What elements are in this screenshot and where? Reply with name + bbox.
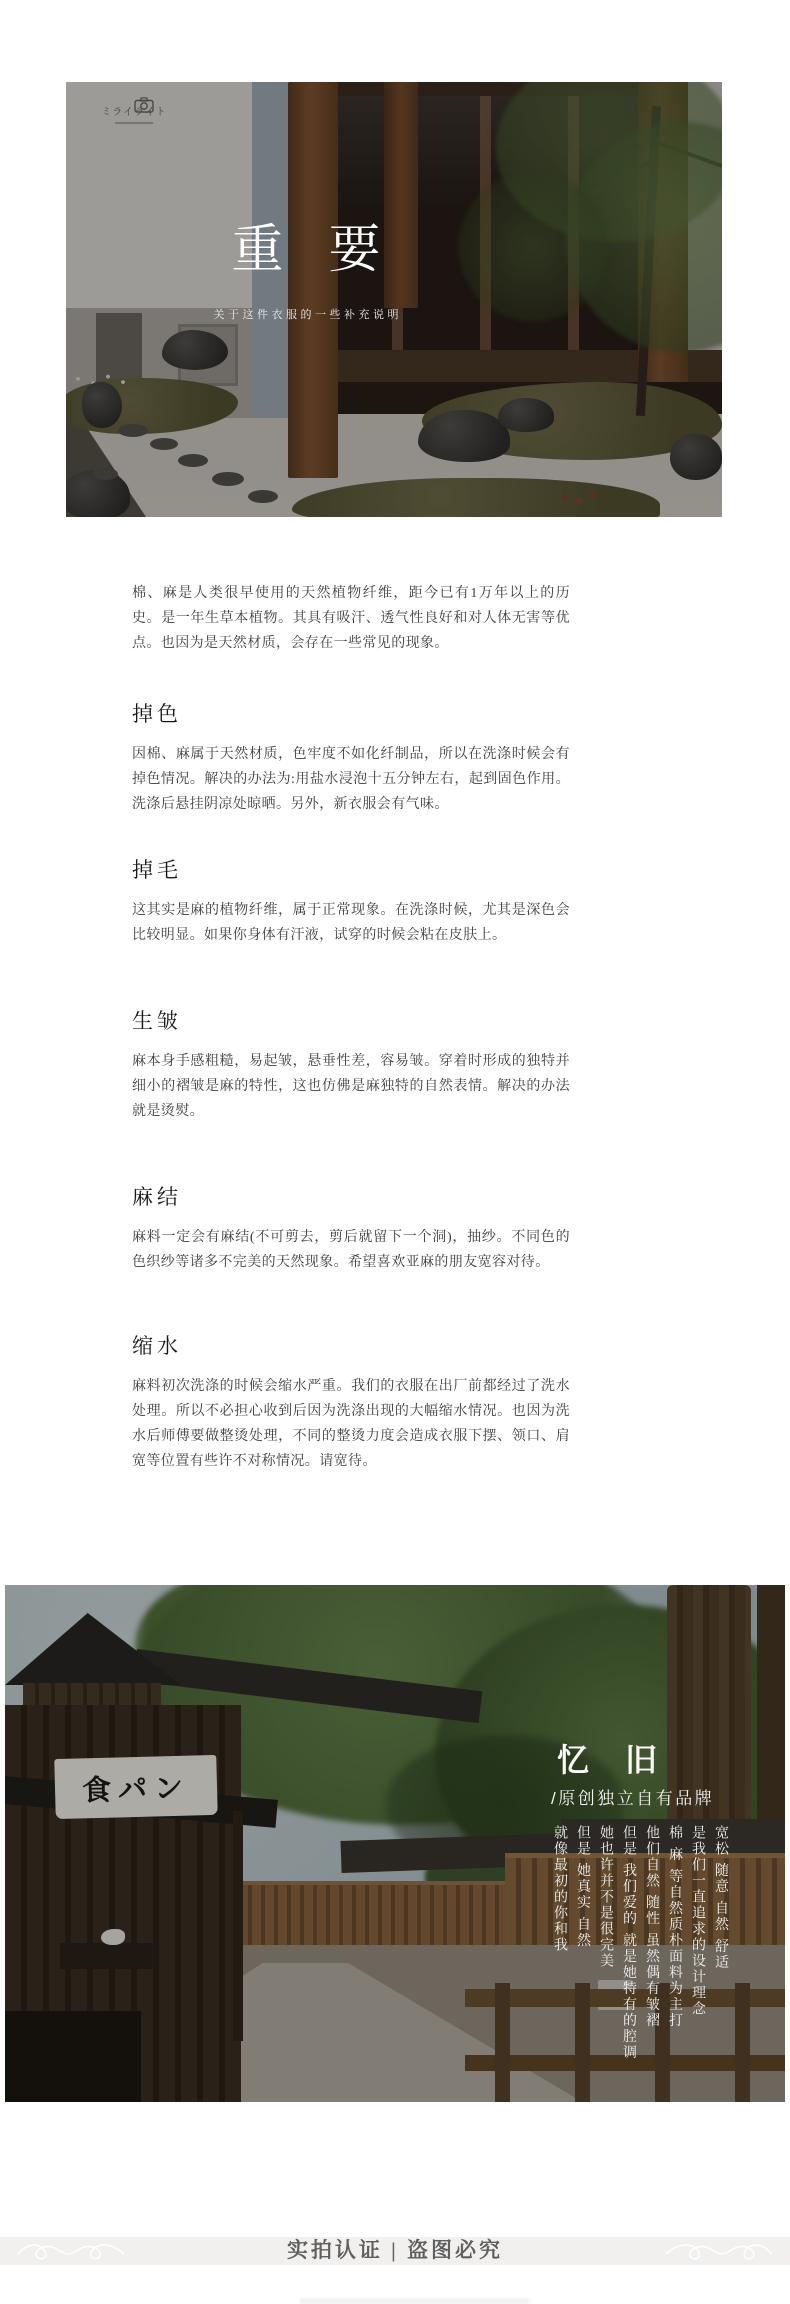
section-heading: 生皱 — [132, 1007, 570, 1035]
hero-title: 重 要 — [66, 222, 546, 280]
section-body: 因棉、麻属于天然材质，色牢度不如化纤制品，所以在洗涤时候会有掉色情况。解决的办法… — [132, 742, 570, 817]
vertical-text-line: 但是 她真实 自然 — [576, 1825, 591, 2101]
brand-name: 忆 旧 — [557, 1735, 671, 1781]
hero-subtitle: 关于这件衣服的一些补充说明 — [66, 306, 546, 322]
product-detail-page: ミライライト 重 要 关于这件衣服的一些补充说明 — [0, 0, 790, 2304]
brand-vertical-text: 宽松 随意 自然 舒适 是我们一直追求的设计理念 棉 麻 等自然质朴面料为主打 … — [545, 1825, 729, 2101]
brand-tagline: /原创独立自有品牌 — [551, 1784, 714, 1809]
section-body: 麻本身手感粗糙，易起皱，悬垂性差，容易皱。穿着时形成的独特并细小的褶皱是麻的特性… — [132, 1049, 570, 1124]
vertical-text-line: 但是 我们爱的 就是她特有的腔调 — [622, 1825, 637, 2101]
care-section-wrinkling: 生皱 麻本身手感粗糙，易起皱，悬垂性差，容易皱。穿着时形成的独特并细小的褶皱是麻… — [132, 1007, 570, 1124]
section-heading: 掉色 — [132, 700, 570, 728]
footer-flourish-left — [12, 2240, 130, 2264]
vertical-text-line: 棉 麻 等自然质朴面料为主打 — [668, 1825, 683, 2101]
vertical-text-line: 宽松 随意 自然 舒适 — [714, 1825, 729, 2101]
section-heading: 缩水 — [132, 1332, 570, 1360]
care-section-shedding: 掉毛 这其实是麻的植物纤维，属于正常现象。在洗涤时候，尤其是深色会比较明显。如果… — [132, 856, 570, 948]
section-body: 麻料初次洗涤的时候会缩水严重。我们的衣服在出厂前都经过了洗水处理。所以不必担心收… — [132, 1374, 570, 1474]
vertical-text-line: 她也许并不是很完美 — [599, 1825, 614, 2101]
hero-caption: 重 要 关于这件衣服的一些补充说明 — [66, 222, 546, 322]
care-section-slubs: 麻结 麻料一定会有麻结(不可剪去，剪后就留下一个洞)，抽纱。不同色的色织纱等诸多… — [132, 1183, 570, 1275]
care-section-fading: 掉色 因棉、麻属于天然材质，色牢度不如化纤制品，所以在洗涤时候会有掉色情况。解决… — [132, 700, 570, 817]
hero-photo: ミライライト 重 要 关于这件衣服的一些补充说明 — [66, 82, 722, 517]
intro-paragraph: 棉、麻是人类很早使用的天然植物纤维，距今已有1万年以上的历史。是一年生草本植物。… — [132, 581, 570, 656]
vertical-text-line: 就像最初的你和我 — [553, 1825, 568, 2101]
section-body: 麻料一定会有麻结(不可剪去，剪后就留下一个洞)，抽纱。不同色的色织纱等诸多不完美… — [132, 1225, 570, 1275]
brand-photo: 食パン 忆 旧 /原创独立自有品牌 宽松 随意 自然 舒适 是我们一直追求的设计… — [5, 1585, 785, 2102]
section-heading: 麻结 — [132, 1183, 570, 1211]
vertical-text-line: 他们自然 随性 虽然偶有皱褶 — [645, 1825, 660, 2101]
section-body: 这其实是麻的植物纤维，属于正常现象。在洗涤时候，尤其是深色会比较明显。如果你身体… — [132, 898, 570, 948]
footer-flourish-right — [660, 2240, 778, 2264]
section-heading: 掉毛 — [132, 856, 570, 884]
care-section-shrinkage: 缩水 麻料初次洗涤的时候会缩水严重。我们的衣服在出厂前都经过了洗水处理。所以不必… — [132, 1332, 570, 1474]
vertical-text-line: 是我们一直追求的设计理念 — [691, 1825, 706, 2101]
cutoff-next-section — [300, 2298, 530, 2304]
